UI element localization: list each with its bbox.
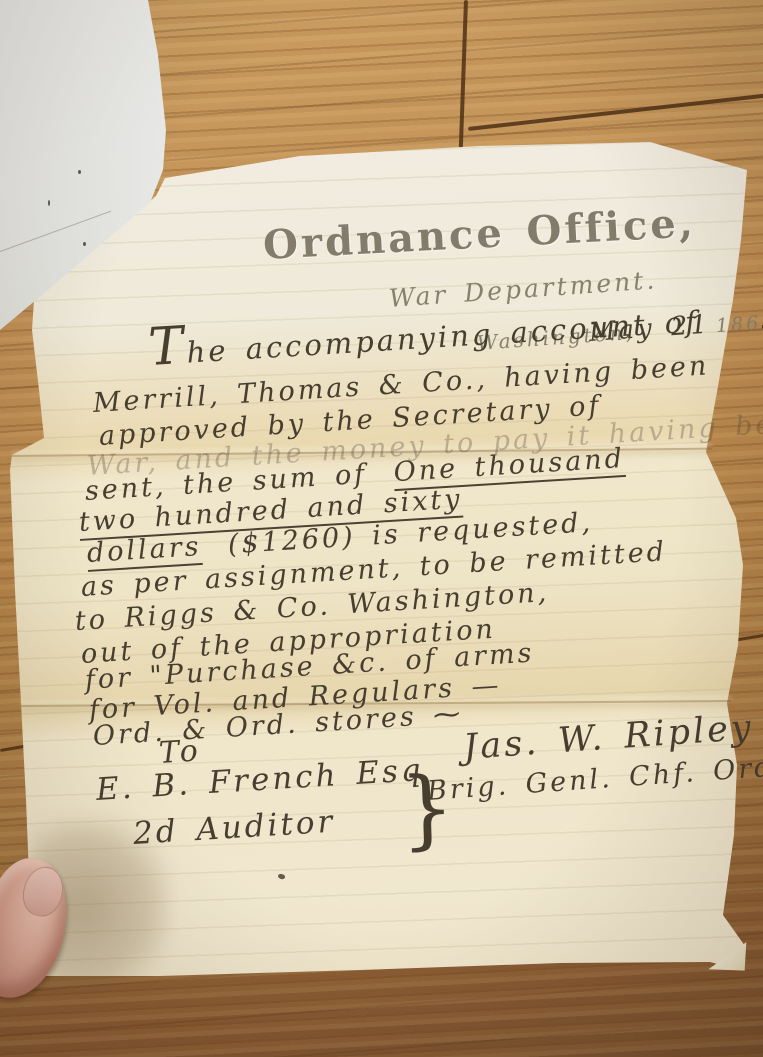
paper-speck [78,170,81,174]
photo-of-letter-on-wood-floor: Ordnance Office, War Department. Washing… [0,0,763,1057]
addressee-brace: } [398,758,456,860]
paper-speck [83,242,86,246]
year-printed: 186 [715,312,762,337]
paper-crease [0,211,111,252]
paper-speck [48,200,50,206]
